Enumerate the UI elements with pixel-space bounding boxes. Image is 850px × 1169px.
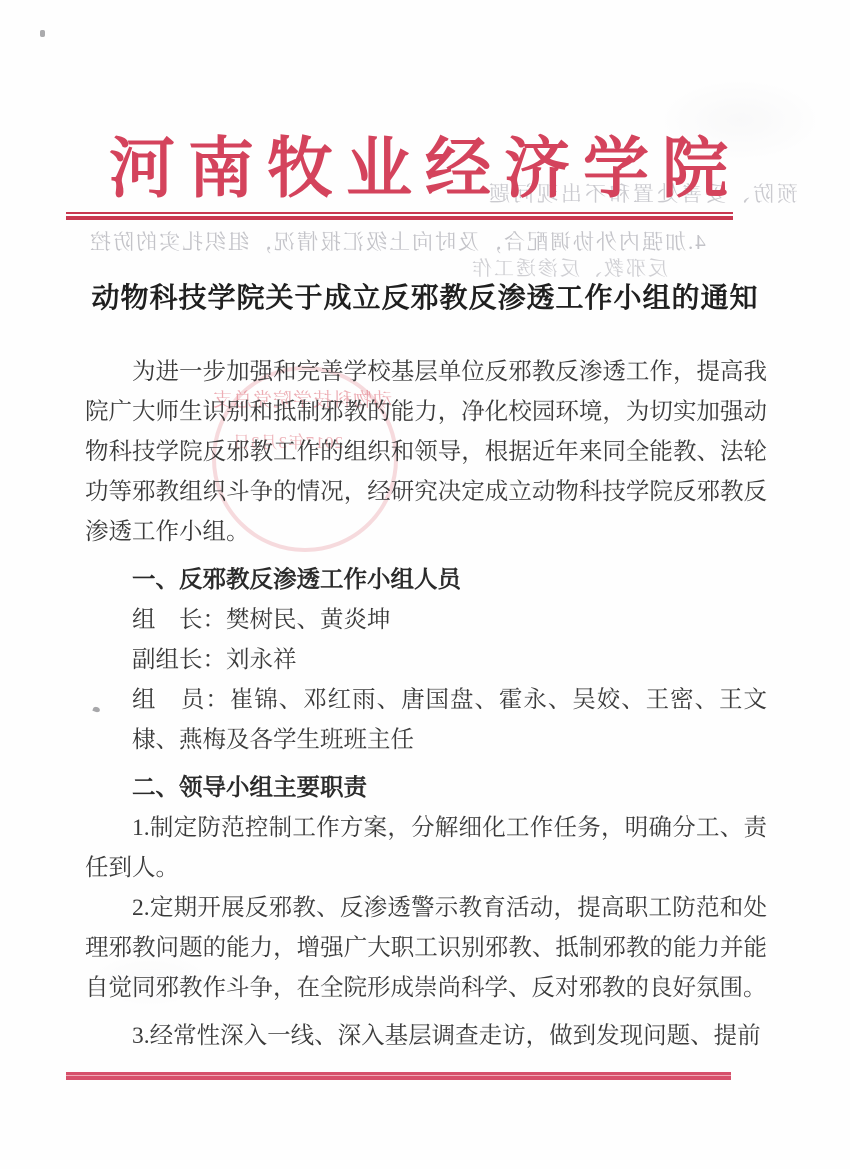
duty2-paragraph: 2.定期开展反邪教、反渗透警示教育活动，提高职工防范和处理邪教问题的能力，增强广… [85,888,767,1008]
section1-heading: 一、反邪教反渗透工作小组人员 [85,560,767,600]
header-double-rule [66,212,733,220]
roster-line-deputy: 副组长：刘永祥 [132,640,767,680]
institution-name: 河南牧业经济学院 [0,128,850,212]
roster-names-deputy: 刘永祥 [226,647,297,673]
duty3-paragraph: 3.经常性深入一线、深入基层调查走访，做到发现问题、提前 [85,1016,767,1056]
header-rule-thin-line [66,212,733,214]
footer-rule [66,1072,731,1080]
duty1-paragraph: 1.制定防范控制工作方案，分解细化工作任务，明确分工、责任到人。 [85,808,767,888]
scan-speck-top-left [40,30,45,37]
roster-line-leader: 组 长：樊树民、黄炎坤 [132,600,767,640]
roster-line-members: 组 员：崔锦、邓红雨、唐国盘、霍永、吴姣、王密、王文棣、燕梅及各学生班班主任 [132,680,767,760]
header-rule-thick-line [66,216,733,220]
roster-role-deputy: 副组长： [132,647,226,673]
roster-role-leader: 组 长： [132,607,226,633]
section2-heading: 二、领导小组主要职责 [85,768,767,808]
roster-role-members: 组 员： [132,687,230,713]
document-body: 为进一步加强和完善学校基层单位反邪教反渗透工作，提高我院广大师生识别和抵制邪教的… [85,352,767,1056]
roster-names-leader: 樊树民、黄炎坤 [226,607,391,633]
scanned-document-page: 预防、妥善处置和不出现问题 4.加强内外协调配合，及时向上级汇报情况，组织扎实的… [0,0,850,1169]
intro-paragraph: 为进一步加强和完善学校基层单位反邪教反渗透工作，提高我院广大师生识别和抵制邪教的… [85,352,767,552]
document-title: 动物科技学院关于成立反邪教反渗透工作小组的通知 [0,276,850,316]
